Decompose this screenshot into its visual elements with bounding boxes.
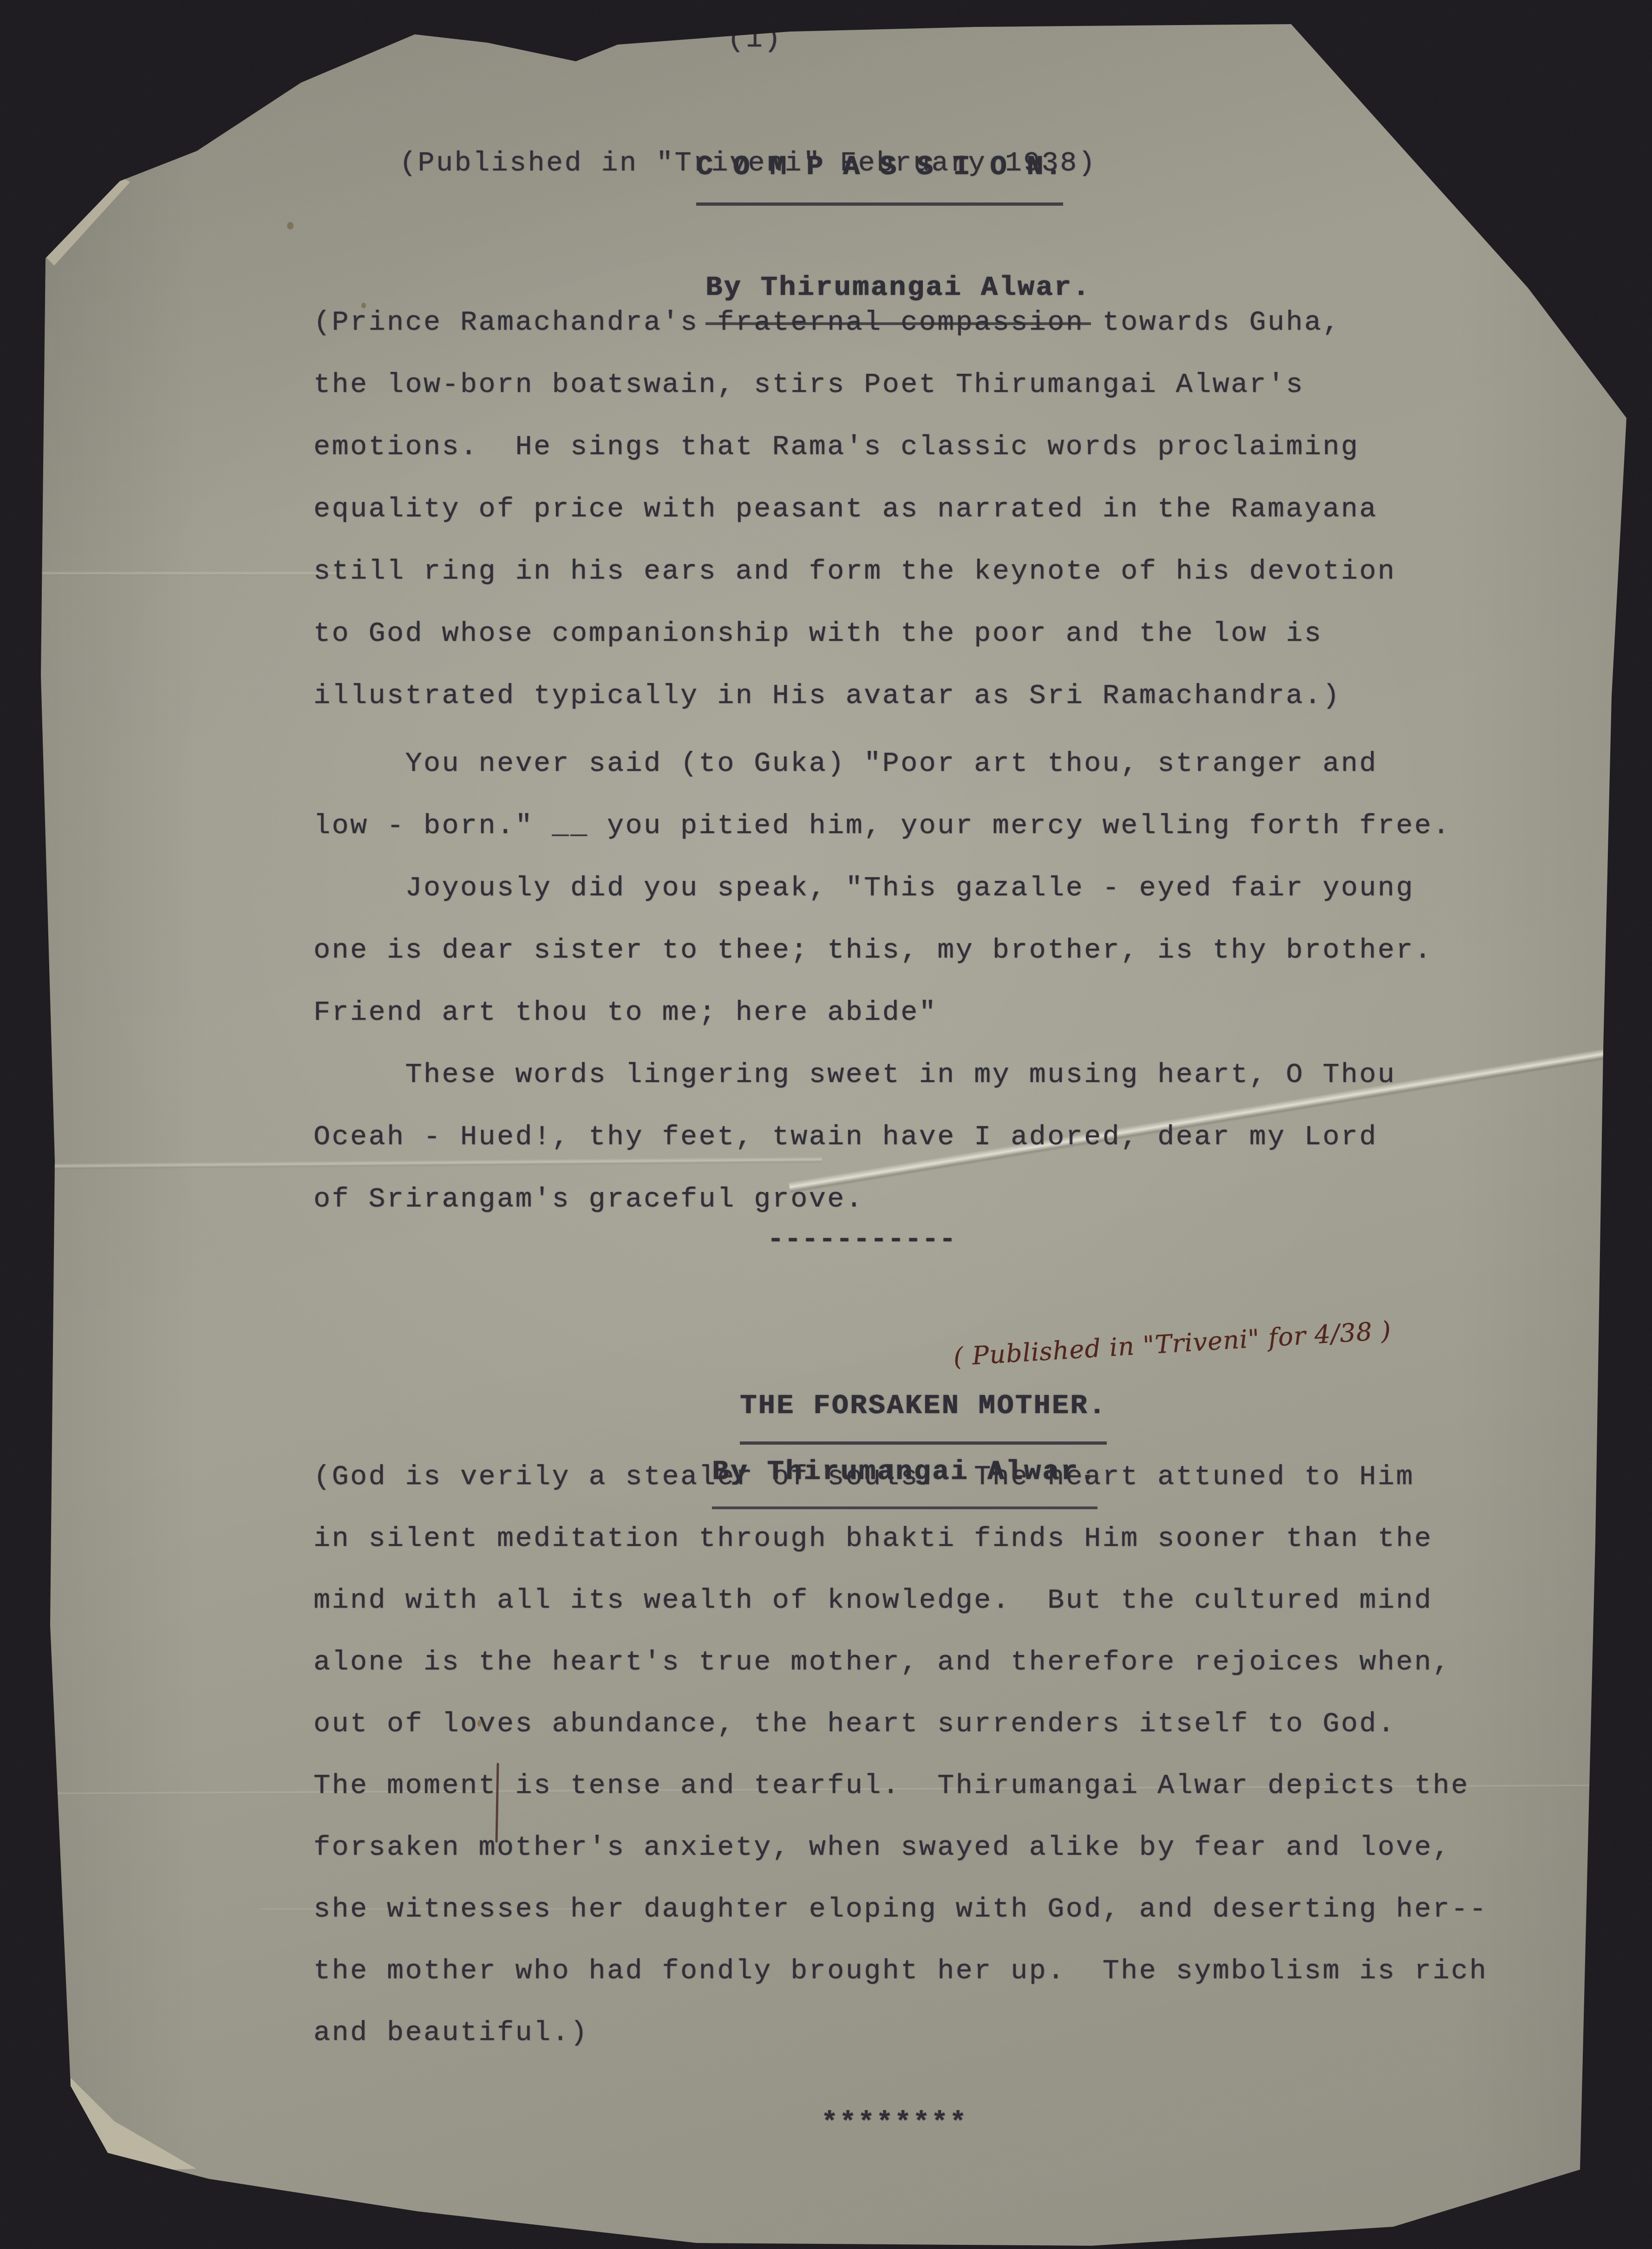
paper-grain-texture — [0, 0, 1652, 2249]
scanned-document: (1) C O M P A S S I O N. (Published in "… — [0, 0, 1652, 2249]
paper-sheet: (1) C O M P A S S I O N. (Published in "… — [0, 0, 1652, 2249]
